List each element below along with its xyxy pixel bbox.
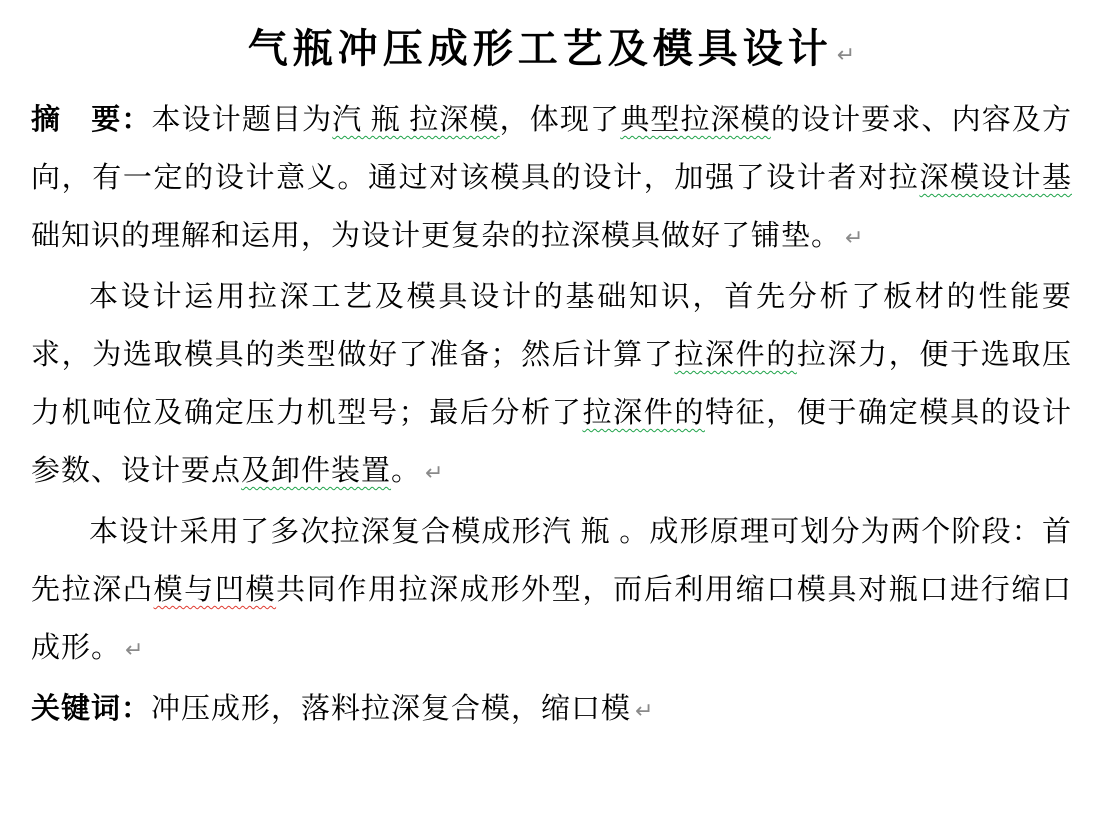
text-run: 拉深件的	[674, 339, 797, 371]
text-run: 汽 瓶 拉深模	[332, 104, 499, 136]
text-run: 及卸件装置	[241, 455, 391, 487]
paragraph-mark: ↵	[121, 638, 143, 663]
body-paragraph-2: 本设计采用了多次拉深复合模成形汽 瓶 。成形原理可划分为两个阶段：首先拉深凸模与…	[31, 503, 1072, 680]
keywords-paragraph: 关键词：冲压成形，落料拉深复合模，缩口模↵	[31, 680, 1072, 741]
paragraph-mark: ↵	[421, 461, 443, 486]
paragraph-mark: ↵	[631, 699, 653, 724]
text-run: ，体现了	[500, 104, 621, 136]
document-title-text: 气瓶冲压成形工艺及模具设计	[248, 26, 833, 71]
text-run: 模与凹模	[154, 574, 277, 606]
body-paragraph-1: 本设计运用拉深工艺及模具设计的基础知识，首先分析了板材的性能要求，为选取模具的类…	[31, 268, 1072, 503]
text-run: 。	[391, 455, 421, 487]
text-run: 关键词：	[31, 693, 151, 725]
document-title: 气瓶冲压成形工艺及模具设计↵	[31, 14, 1072, 91]
text-run: 典型拉深模	[620, 104, 771, 136]
abstract-paragraph: 摘 要：本设计题目为汽 瓶 拉深模，体现了典型拉深模的设计要求、内容及方向，有一…	[31, 91, 1072, 268]
text-run: 冲压成形，落料拉深复合模，缩口模	[151, 693, 631, 725]
paragraph-mark: ↵	[833, 43, 855, 68]
text-run: 拉深件的	[582, 397, 705, 429]
text-run: 础知识的理解和运用，为设计更复杂的拉深模具做好了铺垫。	[31, 220, 841, 252]
text-run: 摘 要：	[31, 104, 152, 136]
text-run: 深模设计基	[919, 162, 1072, 194]
paragraph-mark: ↵	[841, 226, 863, 251]
text-run: 本设计题目为	[152, 104, 333, 136]
document-page: 气瓶冲压成形工艺及模具设计↵ 摘 要：本设计题目为汽 瓶 拉深模，体现了典型拉深…	[0, 0, 1103, 830]
